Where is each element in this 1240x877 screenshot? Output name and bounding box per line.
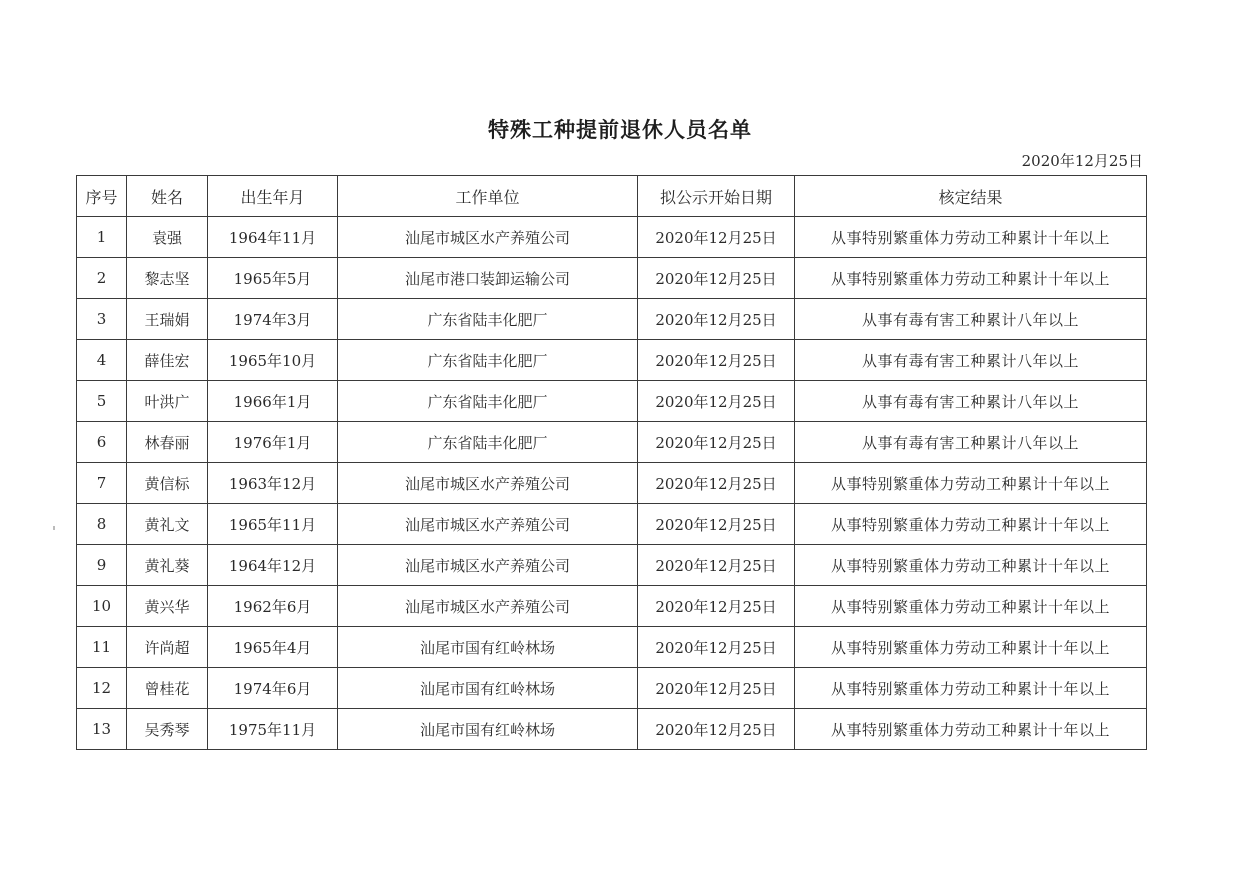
cell-unit: 广东省陆丰化肥厂 — [338, 422, 638, 463]
cell-result: 从事特别繁重体力劳动工种累计十年以上 — [795, 545, 1147, 586]
cell-publicity-start: 2020年12月25日 — [638, 422, 795, 463]
cell-no: 13 — [77, 709, 127, 750]
page-title: 特殊工种提前退休人员名单 — [0, 114, 1240, 144]
cell-result: 从事特别繁重体力劳动工种累计十年以上 — [795, 217, 1147, 258]
cell-publicity-start: 2020年12月25日 — [638, 627, 795, 668]
cell-publicity-start: 2020年12月25日 — [638, 709, 795, 750]
cell-unit: 汕尾市城区水产养殖公司 — [338, 217, 638, 258]
cell-result: 从事特别繁重体力劳动工种累计十年以上 — [795, 668, 1147, 709]
retirement-roster-table: 序号 姓名 出生年月 工作单位 拟公示开始日期 核定结果 1袁强1964年11月… — [76, 175, 1147, 750]
header-name: 姓名 — [127, 176, 208, 217]
cell-no: 6 — [77, 422, 127, 463]
cell-unit: 汕尾市城区水产养殖公司 — [338, 586, 638, 627]
cell-no: 3 — [77, 299, 127, 340]
cell-no: 7 — [77, 463, 127, 504]
cell-publicity-start: 2020年12月25日 — [638, 545, 795, 586]
cell-birth: 1964年12月 — [208, 545, 338, 586]
table-row: 12曾桂花1974年6月汕尾市国有红岭林场2020年12月25日从事特别繁重体力… — [77, 668, 1147, 709]
cell-name: 黎志坚 — [127, 258, 208, 299]
cell-no: 5 — [77, 381, 127, 422]
cell-unit: 汕尾市国有红岭林场 — [338, 709, 638, 750]
header-unit: 工作单位 — [338, 176, 638, 217]
table-row: 8黄礼文1965年11月汕尾市城区水产养殖公司2020年12月25日从事特别繁重… — [77, 504, 1147, 545]
cell-birth: 1964年11月 — [208, 217, 338, 258]
cell-birth: 1965年4月 — [208, 627, 338, 668]
cell-publicity-start: 2020年12月25日 — [638, 299, 795, 340]
cell-publicity-start: 2020年12月25日 — [638, 463, 795, 504]
cell-result: 从事特别繁重体力劳动工种累计十年以上 — [795, 258, 1147, 299]
table-row: 2黎志坚1965年5月汕尾市港口装卸运输公司2020年12月25日从事特别繁重体… — [77, 258, 1147, 299]
cell-name: 袁强 — [127, 217, 208, 258]
cell-birth: 1962年6月 — [208, 586, 338, 627]
cell-unit: 汕尾市城区水产养殖公司 — [338, 545, 638, 586]
cell-name: 叶洪广 — [127, 381, 208, 422]
table-row: 6林春丽1976年1月广东省陆丰化肥厂2020年12月25日从事有毒有害工种累计… — [77, 422, 1147, 463]
cell-birth: 1965年11月 — [208, 504, 338, 545]
cell-unit: 广东省陆丰化肥厂 — [338, 381, 638, 422]
cell-no: 10 — [77, 586, 127, 627]
header-birth: 出生年月 — [208, 176, 338, 217]
table-row: 9黄礼葵1964年12月汕尾市城区水产养殖公司2020年12月25日从事特别繁重… — [77, 545, 1147, 586]
cell-publicity-start: 2020年12月25日 — [638, 381, 795, 422]
cell-result: 从事有毒有害工种累计八年以上 — [795, 422, 1147, 463]
table-row: 11许尚超1965年4月汕尾市国有红岭林场2020年12月25日从事特别繁重体力… — [77, 627, 1147, 668]
cell-no: 2 — [77, 258, 127, 299]
cell-name: 林春丽 — [127, 422, 208, 463]
cell-birth: 1966年1月 — [208, 381, 338, 422]
cell-publicity-start: 2020年12月25日 — [638, 668, 795, 709]
cell-publicity-start: 2020年12月25日 — [638, 217, 795, 258]
cell-no: 1 — [77, 217, 127, 258]
cell-publicity-start: 2020年12月25日 — [638, 258, 795, 299]
cell-unit: 汕尾市城区水产养殖公司 — [338, 504, 638, 545]
cell-birth: 1974年3月 — [208, 299, 338, 340]
cell-name: 薛佳宏 — [127, 340, 208, 381]
cell-birth: 1976年1月 — [208, 422, 338, 463]
cell-name: 王瑞娟 — [127, 299, 208, 340]
cell-publicity-start: 2020年12月25日 — [638, 586, 795, 627]
cell-unit: 广东省陆丰化肥厂 — [338, 299, 638, 340]
cell-name: 吴秀琴 — [127, 709, 208, 750]
cell-name: 黄兴华 — [127, 586, 208, 627]
scan-speck — [53, 526, 55, 530]
document-date: 2020年12月25日 — [1022, 150, 1143, 171]
cell-result: 从事特别繁重体力劳动工种累计十年以上 — [795, 627, 1147, 668]
cell-no: 11 — [77, 627, 127, 668]
table-row: 4薛佳宏1965年10月广东省陆丰化肥厂2020年12月25日从事有毒有害工种累… — [77, 340, 1147, 381]
cell-result: 从事特别繁重体力劳动工种累计十年以上 — [795, 586, 1147, 627]
header-publicity-start: 拟公示开始日期 — [638, 176, 795, 217]
cell-birth: 1975年11月 — [208, 709, 338, 750]
table-header-row: 序号 姓名 出生年月 工作单位 拟公示开始日期 核定结果 — [77, 176, 1147, 217]
cell-no: 12 — [77, 668, 127, 709]
cell-birth: 1974年6月 — [208, 668, 338, 709]
cell-result: 从事特别繁重体力劳动工种累计十年以上 — [795, 504, 1147, 545]
header-result: 核定结果 — [795, 176, 1147, 217]
cell-no: 8 — [77, 504, 127, 545]
cell-birth: 1965年5月 — [208, 258, 338, 299]
table-row: 10黄兴华1962年6月汕尾市城区水产养殖公司2020年12月25日从事特别繁重… — [77, 586, 1147, 627]
cell-result: 从事有毒有害工种累计八年以上 — [795, 340, 1147, 381]
cell-publicity-start: 2020年12月25日 — [638, 504, 795, 545]
header-no: 序号 — [77, 176, 127, 217]
cell-publicity-start: 2020年12月25日 — [638, 340, 795, 381]
cell-birth: 1963年12月 — [208, 463, 338, 504]
cell-unit: 汕尾市城区水产养殖公司 — [338, 463, 638, 504]
cell-unit: 汕尾市国有红岭林场 — [338, 668, 638, 709]
cell-result: 从事特别繁重体力劳动工种累计十年以上 — [795, 463, 1147, 504]
cell-unit: 广东省陆丰化肥厂 — [338, 340, 638, 381]
cell-unit: 汕尾市国有红岭林场 — [338, 627, 638, 668]
cell-name: 曾桂花 — [127, 668, 208, 709]
table-row: 7黄信标1963年12月汕尾市城区水产养殖公司2020年12月25日从事特别繁重… — [77, 463, 1147, 504]
cell-result: 从事有毒有害工种累计八年以上 — [795, 299, 1147, 340]
table-row: 13吴秀琴1975年11月汕尾市国有红岭林场2020年12月25日从事特别繁重体… — [77, 709, 1147, 750]
cell-unit: 汕尾市港口装卸运输公司 — [338, 258, 638, 299]
cell-name: 许尚超 — [127, 627, 208, 668]
table-row: 1袁强1964年11月汕尾市城区水产养殖公司2020年12月25日从事特别繁重体… — [77, 217, 1147, 258]
cell-no: 9 — [77, 545, 127, 586]
cell-result: 从事特别繁重体力劳动工种累计十年以上 — [795, 709, 1147, 750]
cell-result: 从事有毒有害工种累计八年以上 — [795, 381, 1147, 422]
cell-no: 4 — [77, 340, 127, 381]
table-row: 3王瑞娟1974年3月广东省陆丰化肥厂2020年12月25日从事有毒有害工种累计… — [77, 299, 1147, 340]
cell-name: 黄礼葵 — [127, 545, 208, 586]
cell-name: 黄礼文 — [127, 504, 208, 545]
table-row: 5叶洪广1966年1月广东省陆丰化肥厂2020年12月25日从事有毒有害工种累计… — [77, 381, 1147, 422]
cell-birth: 1965年10月 — [208, 340, 338, 381]
cell-name: 黄信标 — [127, 463, 208, 504]
